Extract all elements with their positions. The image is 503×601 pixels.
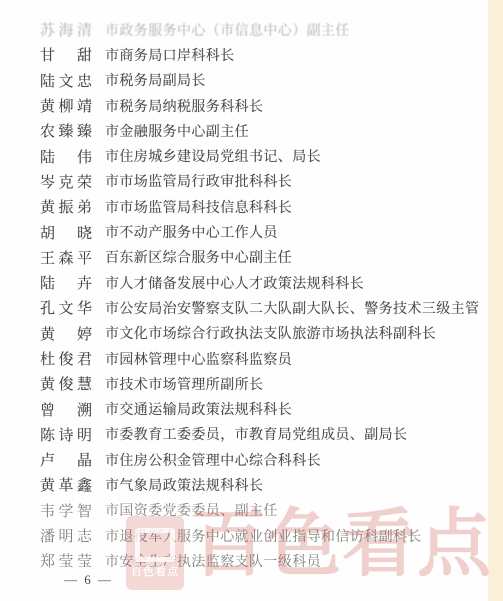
list-item: 苏海清 市政务服务中心（市信息中心）副主任 xyxy=(40,17,490,42)
person-title: 市金融服务中心副主任 xyxy=(105,121,249,141)
list-item: 黄振弟 市市场监管局科技信息科科长 xyxy=(40,194,490,219)
list-item: 黄革鑫 市气象局政策法规科科长 xyxy=(40,472,490,497)
person-title: 市交通运输局政策法规科科长 xyxy=(105,399,292,419)
list-item: 韦学智 市国资委党委委员、副主任 xyxy=(40,498,490,523)
person-name: 潘明志 xyxy=(40,525,92,546)
person-title: 市退役军人服务中心就业创业指导和信访科副科长 xyxy=(105,526,422,546)
roster-list: 苏海清 市政务服务中心（市信息中心）副主任 甘甜 市商务局口岸科科长 陆文忠 市… xyxy=(40,17,490,574)
list-item: 卢晶 市住房公积金管理中心综合科科长 xyxy=(40,447,490,472)
person-name: 韦学智 xyxy=(40,500,92,521)
person-name: 陆文忠 xyxy=(40,70,92,91)
person-name: 黄振弟 xyxy=(40,196,92,217)
list-item: 孔文华 市公安局治安警察支队二大队副大队长、警务技术三级主管 xyxy=(40,295,490,320)
list-item: 陆卉 市人才储备发展中心人才政策法规科科长 xyxy=(40,270,490,295)
person-name: 曾溯 xyxy=(40,399,92,420)
page-number: — 6 — xyxy=(64,572,113,588)
person-title: 市技术市场管理所副所长 xyxy=(105,374,263,394)
list-item: 陆伟 市住房城乡建设局党组书记、局长 xyxy=(40,143,490,168)
person-title: 市不动产服务中心工作人员 xyxy=(105,222,278,242)
list-item: 潘明志 市退役军人服务中心就业创业指导和信访科副科长 xyxy=(40,523,490,548)
person-title: 市商务局口岸科科长 xyxy=(105,45,235,65)
person-title: 市公安局治安警察支队二大队副大队长、警务技术三级主管 xyxy=(105,298,479,318)
list-item: 黄婷 市文化市场综合行政执法支队旅游市场执法科副科长 xyxy=(40,321,490,346)
list-item: 岑克荣 市市场监管局行政审批科科长 xyxy=(40,169,490,194)
person-title: 市安全生产执法监察支队一级科员 xyxy=(105,551,321,571)
person-title: 市委教育工委委员，市教育局党组成员、副局长 xyxy=(105,424,407,444)
person-name: 岑克荣 xyxy=(40,171,92,192)
person-title: 市市场监管局科技信息科科长 xyxy=(105,197,292,217)
list-item: 陆文忠 市税务局副局长 xyxy=(40,68,490,93)
person-title: 市文化市场综合行政执法支队旅游市场执法科副科长 xyxy=(105,323,436,343)
person-title: 市住房公积金管理中心综合科科长 xyxy=(105,450,321,470)
person-name: 陆卉 xyxy=(40,272,92,293)
person-title: 百东新区综合服务中心副主任 xyxy=(105,247,292,267)
person-name: 陆伟 xyxy=(40,146,92,167)
list-item: 甘甜 市商务局口岸科科长 xyxy=(40,42,490,67)
page-edge-strip xyxy=(488,0,503,601)
person-title: 市税务局纳税服务科科长 xyxy=(105,96,263,116)
person-title: 市气象局政策法规科科长 xyxy=(105,475,263,495)
list-item: 农臻臻 市金融服务中心副主任 xyxy=(40,118,490,143)
person-name: 陈诗明 xyxy=(40,424,92,445)
person-name: 苏海清 xyxy=(40,19,92,40)
person-title: 市国资委党委委员、副主任 xyxy=(105,500,278,520)
person-name: 王森平 xyxy=(40,247,92,268)
person-name: 甘甜 xyxy=(40,44,92,65)
list-item: 王森平 百东新区综合服务中心副主任 xyxy=(40,245,490,270)
list-item: 胡晓 市不动产服务中心工作人员 xyxy=(40,219,490,244)
person-name: 杜俊君 xyxy=(40,348,92,369)
list-item: 郑莹莹 市安全生产执法监察支队一级科员 xyxy=(40,548,490,573)
person-name: 黄俊慧 xyxy=(40,373,92,394)
person-name: 卢晶 xyxy=(40,449,92,470)
person-name: 黄婷 xyxy=(40,323,92,344)
person-title: 市市场监管局行政审批科科长 xyxy=(105,171,292,191)
person-title: 市人才储备发展中心人才政策法规科科长 xyxy=(105,273,364,293)
person-name: 胡晓 xyxy=(40,222,92,243)
person-name: 农臻臻 xyxy=(40,120,92,141)
person-name: 黄革鑫 xyxy=(40,474,92,495)
list-item: 黄俊慧 市技术市场管理所副所长 xyxy=(40,371,490,396)
list-item: 黄柳靖 市税务局纳税服务科科长 xyxy=(40,93,490,118)
person-title: 市税务局副局长 xyxy=(105,70,206,90)
person-name: 孔文华 xyxy=(40,297,92,318)
person-name: 郑莹莹 xyxy=(40,550,92,571)
person-title: 市园林管理中心监察科监察员 xyxy=(105,349,292,369)
person-title: 市政务服务中心（市信息中心）副主任 xyxy=(105,20,350,40)
list-item: 陈诗明 市委教育工委委员，市教育局党组成员、副局长 xyxy=(40,422,490,447)
list-item: 杜俊君 市园林管理中心监察科监察员 xyxy=(40,346,490,371)
list-item: 曾溯 市交通运输局政策法规科科长 xyxy=(40,396,490,421)
person-name: 黄柳靖 xyxy=(40,95,92,116)
person-title: 市住房城乡建设局党组书记、局长 xyxy=(105,146,321,166)
